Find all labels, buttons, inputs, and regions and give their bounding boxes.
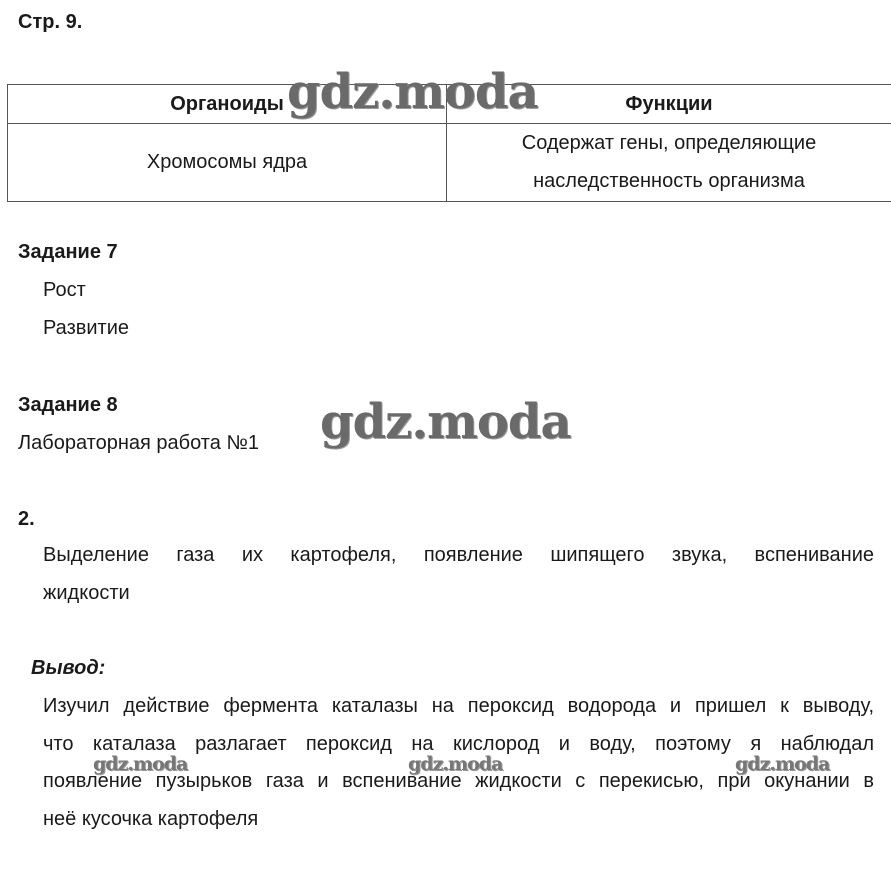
watermark: gdz.moda [93, 754, 187, 774]
conclusion-title: Вывод: [31, 656, 105, 680]
task7-title: Задание 7 [18, 240, 118, 264]
text-line: Выделение газа их картофеля, появление ш… [43, 537, 874, 575]
page-heading: Стр. 9. [18, 10, 82, 34]
task7-item: Рост [43, 278, 86, 302]
section2-text: Выделение газа их картофеля, появление ш… [43, 537, 874, 612]
watermark: gdz.moda [287, 68, 538, 116]
function-line: наследственность организма [447, 162, 891, 200]
section-number: 2. [18, 507, 35, 531]
watermark: gdz.moda [735, 754, 829, 774]
watermark: gdz.moda [320, 398, 571, 446]
task7-item: Развитие [43, 316, 129, 340]
text-line: жидкости [43, 575, 874, 613]
table-cell-organoid: Хромосомы ядра [8, 124, 446, 201]
task8-subtitle: Лабораторная работа №1 [18, 431, 259, 455]
text-line: Изучил действие фермента каталазы на пер… [43, 688, 874, 726]
table-cell-function: Содержат гены, определяющие наследственн… [447, 124, 891, 201]
text-line: неё кусочка картофеля [43, 801, 874, 839]
task8-title: Задание 8 [18, 393, 118, 417]
function-line: Содержат гены, определяющие [447, 124, 891, 162]
watermark: gdz.moda [408, 754, 502, 774]
